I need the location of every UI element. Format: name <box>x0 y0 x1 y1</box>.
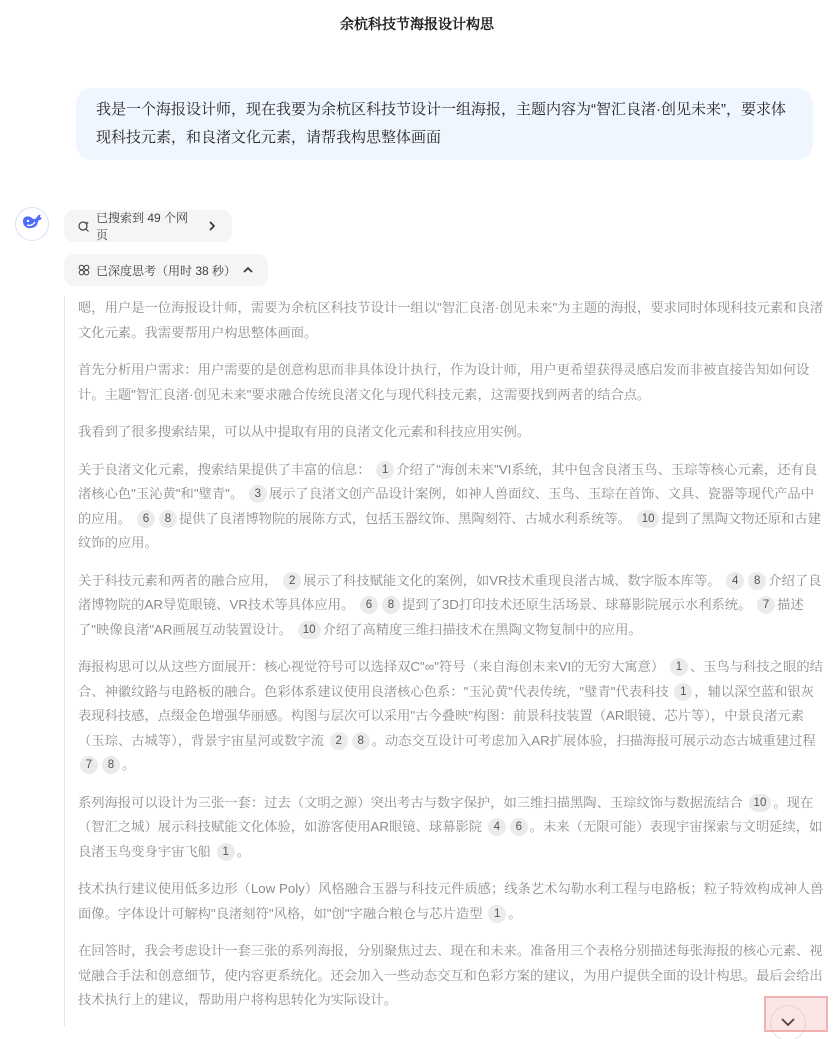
chevron-down-icon <box>781 1014 795 1032</box>
citation-badge[interactable]: 10 <box>298 621 321 639</box>
citation-badge[interactable]: 3 <box>249 485 267 503</box>
conversation-title: 余杭科技节海报设计构思 <box>0 14 834 34</box>
citation-badge[interactable]: 4 <box>488 818 506 836</box>
thinking-paragraph: 关于科技元素和两者的融合应用， 2展示了科技赋能文化的案例，如VR技术重现良渚古… <box>78 569 824 643</box>
thinking-text: 技术执行建议使用低多边形（Low Poly）风格融合玉器与科技元件质感；线条艺术… <box>78 881 823 921</box>
chevron-right-icon <box>207 220 218 232</box>
user-message-bubble: 我是一个海报设计师，现在我要为余杭区科技节设计一组海报，主题内容为“智汇良渚·创… <box>76 88 813 160</box>
thinking-paragraph: 在回答时，我会考虑设计一套三张的系列海报，分别聚焦过去、现在和未来。准备用三个表… <box>78 939 824 1013</box>
search-sparkle-icon <box>78 220 90 232</box>
deep-thinking-toggle[interactable]: 已深度思考（用时 38 秒） <box>64 254 268 286</box>
thinking-text: 。动态交互设计可考虑加入AR扩展体验，扫描海报可展示动态古城重建过程 <box>372 733 816 748</box>
thinking-text: 提供了良渚博物院的展陈方式，包括玉器纹饰、黑陶刻符、古城水利系统等。 <box>179 511 635 526</box>
thinking-text: 首先分析用户需求：用户需要的是创意构思而非具体设计执行，作为设计师，用户更希望获… <box>78 362 809 402</box>
citation-badge[interactable]: 1 <box>376 461 394 479</box>
citation-badge[interactable]: 1 <box>674 683 692 701</box>
whale-logo-icon <box>21 213 43 236</box>
deep-thinking-label: 已深度思考（用时 38 秒） <box>96 262 230 279</box>
thinking-text: 嗯，用户是一位海报设计师，需要为余杭区科技节设计一组以"智汇良渚·创见未来"为主… <box>78 300 823 340</box>
thinking-text: 。 <box>508 906 521 921</box>
thinking-text: 关于良渚文化元素，搜索结果提供了丰富的信息： <box>78 462 374 477</box>
citation-badge[interactable]: 8 <box>159 510 177 528</box>
thinking-paragraph: 系列海报可以设计为三张一套：过去（文明之源）突出考古与数字保护，如三维扫描黑陶、… <box>78 791 824 865</box>
scroll-to-bottom-button[interactable] <box>770 1005 806 1039</box>
thinking-paragraph: 首先分析用户需求：用户需要的是创意构思而非具体设计执行，作为设计师，用户更希望获… <box>78 358 824 407</box>
citation-badge[interactable]: 6 <box>137 510 155 528</box>
citation-badge[interactable]: 6 <box>510 818 528 836</box>
thinking-paragraph: 关于良渚文化元素，搜索结果提供了丰富的信息： 1介绍了"海创未来"VI系统，其中… <box>78 458 824 556</box>
thinking-text: 介绍了高精度三维扫描技术在黑陶文物复制中的应用。 <box>323 622 642 637</box>
citation-badge[interactable]: 7 <box>80 756 98 774</box>
chevron-up-icon <box>242 264 254 276</box>
thinking-paragraph: 嗯，用户是一位海报设计师，需要为余杭区科技节设计一组以"智汇良渚·创见未来"为主… <box>78 296 824 345</box>
assistant-avatar <box>15 207 49 241</box>
citation-badge[interactable]: 1 <box>670 658 688 676</box>
thinking-text: 海报构思可以从这些方面展开：核心视觉符号可以选择双C"∞"符号（来自海创未来VI… <box>78 659 668 674</box>
user-message-text: 我是一个海报设计师，现在我要为余杭区科技节设计一组海报，主题内容为“智汇良渚·创… <box>96 101 786 146</box>
thinking-paragraph: 海报构思可以从这些方面展开：核心视觉符号可以选择双C"∞"符号（来自海创未来VI… <box>78 655 824 778</box>
thinking-text: 我看到了很多搜索结果，可以从中提取有用的良渚文化元素和科技应用实例。 <box>78 424 530 439</box>
citation-badge[interactable]: 7 <box>757 596 775 614</box>
thinking-paragraph: 我看到了很多搜索结果，可以从中提取有用的良渚文化元素和科技应用实例。 <box>78 420 824 445</box>
citation-badge[interactable]: 8 <box>748 572 766 590</box>
citation-badge[interactable]: 8 <box>382 596 400 614</box>
thinking-text: 。 <box>122 757 135 772</box>
citation-badge[interactable]: 8 <box>102 756 120 774</box>
citation-badge[interactable]: 10 <box>637 510 660 528</box>
search-results-label: 已搜索到 49 个网页 <box>96 209 195 243</box>
thinking-text: 系列海报可以设计为三张一套：过去（文明之源）突出考古与数字保护，如三维扫描黑陶、… <box>78 795 747 810</box>
thinking-text: 。 <box>237 844 250 859</box>
citation-badge[interactable]: 1 <box>488 905 506 923</box>
thinking-paragraph: 技术执行建议使用低多边形（Low Poly）风格融合玉器与科技元件质感；线条艺术… <box>78 877 824 926</box>
thinking-text: 展示了科技赋能文化的案例，如VR技术重现良渚古城、数字版本库等。 <box>303 573 724 588</box>
thinking-text: 提到了3D打印技术还原生活场景、球幕影院展示水利系统。 <box>402 597 755 612</box>
citation-badge[interactable]: 2 <box>283 572 301 590</box>
citation-badge[interactable]: 2 <box>330 732 348 750</box>
citation-badge[interactable]: 8 <box>352 732 370 750</box>
citation-badge[interactable]: 1 <box>217 843 235 861</box>
thinking-content: 嗯，用户是一位海报设计师，需要为余杭区科技节设计一组以"智汇良渚·创见未来"为主… <box>64 296 824 1026</box>
search-results-button[interactable]: 已搜索到 49 个网页 <box>64 210 232 242</box>
atom-icon <box>78 264 90 276</box>
citation-badge[interactable]: 4 <box>726 572 744 590</box>
thinking-text: 关于科技元素和两者的融合应用， <box>78 573 281 588</box>
citation-badge[interactable]: 10 <box>749 794 772 812</box>
thinking-text: 在回答时，我会考虑设计一套三张的系列海报，分别聚焦过去、现在和未来。准备用三个表… <box>78 943 823 1007</box>
citation-badge[interactable]: 6 <box>360 596 378 614</box>
